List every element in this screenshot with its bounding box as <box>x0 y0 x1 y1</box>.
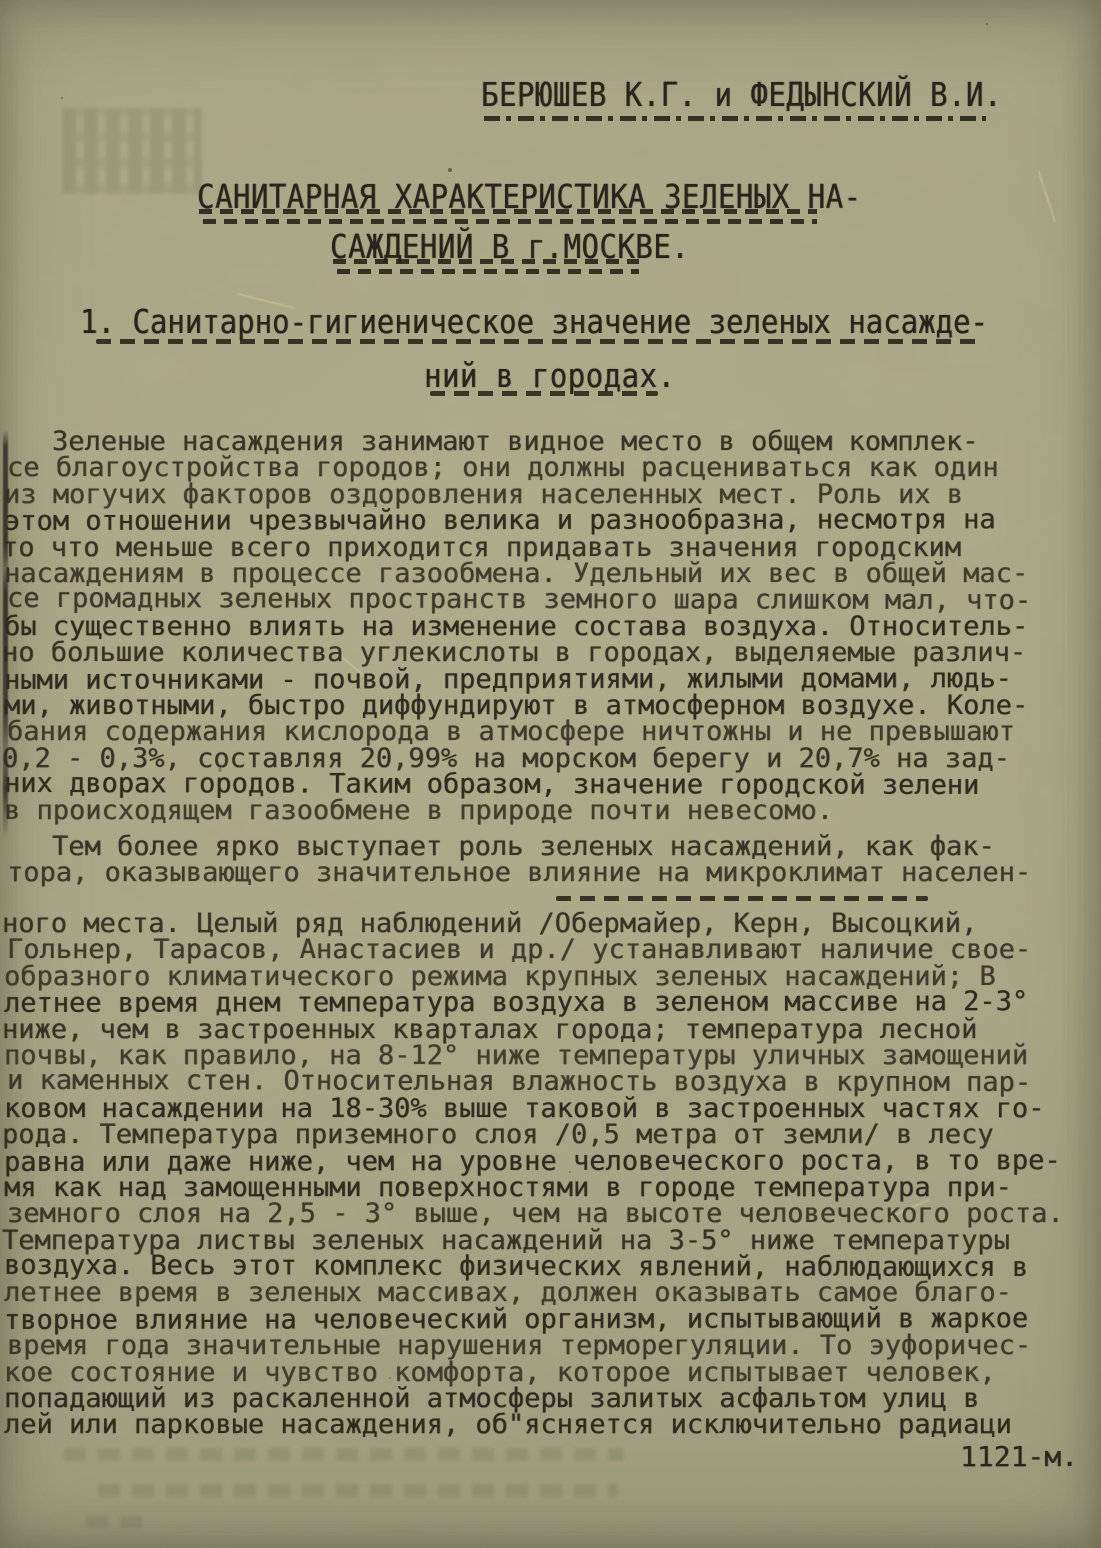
ghost-bleed-mark <box>62 108 202 194</box>
text-line: и каменных стен. Относительная влажность… <box>7 1068 1064 1097</box>
text-line: тора, оказывающего значительное влияние … <box>7 860 1031 886</box>
ghost-bleed-mark <box>64 1448 624 1461</box>
text-line: земного слоя на 2,5 - 3° выше, чем на вы… <box>7 1201 1064 1227</box>
text-line: ными источниками - почвой, предприятиями… <box>4 666 1031 694</box>
text-line: бания содержания кислорода в атмосфере н… <box>7 719 1031 745</box>
text-line: в происходящем газообмене в природе почт… <box>4 798 1031 824</box>
page-number: 1121-м. <box>960 1440 1078 1473</box>
ghost-bleed-mark <box>98 1484 618 1497</box>
text-line: ниже, чем в застроенных кварталах города… <box>2 1017 1064 1043</box>
text-line: се громадных зеленых пространств земного… <box>7 586 1031 615</box>
text-line: лей или парковые насаждения, об"ясняется… <box>4 1412 1064 1438</box>
section-heading-line-2: ний в городах. <box>424 357 675 395</box>
emphasis-underline <box>556 896 928 901</box>
section-underline-1 <box>96 339 980 344</box>
ink-speck <box>448 168 452 172</box>
scanned-page: БЕРЮШЕВ К.Г. и ФЕДЫНСКИЙ В.И. САНИТАРНАЯ… <box>0 0 1101 1548</box>
authors-underline <box>484 116 986 121</box>
ghost-bleed-mark <box>86 1516 142 1528</box>
text-line: то что меньше всего приходится придавать… <box>2 535 1031 561</box>
text-line: се благоустройства городов; они должны р… <box>7 455 1031 481</box>
paragraph: ного места. Целый ряд наблюдений /Оберма… <box>4 911 1064 1439</box>
paragraph: Тем более ярко выступает роль зеленых на… <box>4 834 1031 887</box>
paragraph: Зеленые насаждения занимают видное место… <box>4 429 1031 825</box>
text-line: время года значительные нарушения термор… <box>7 1333 1064 1359</box>
authors-line: БЕРЮШЕВ К.Г. и ФЕДЫНСКИЙ В.И. <box>481 76 1002 114</box>
paper-fiber <box>1038 171 1057 223</box>
text-line: кое состояние и чувство комфорта, которо… <box>4 1360 1064 1386</box>
text-line: равна или даже ниже, чем на уровне челов… <box>4 1148 1064 1176</box>
title-underline-2 <box>333 259 639 275</box>
section-heading-line-1: 1. Санитарно-гигиеническое значение зеле… <box>80 303 988 341</box>
text-line: Гольнер, Тарасов, Анастасиев и др./ уста… <box>7 937 1064 963</box>
section-underline-2 <box>430 391 658 396</box>
title-underline-1 <box>199 209 817 225</box>
